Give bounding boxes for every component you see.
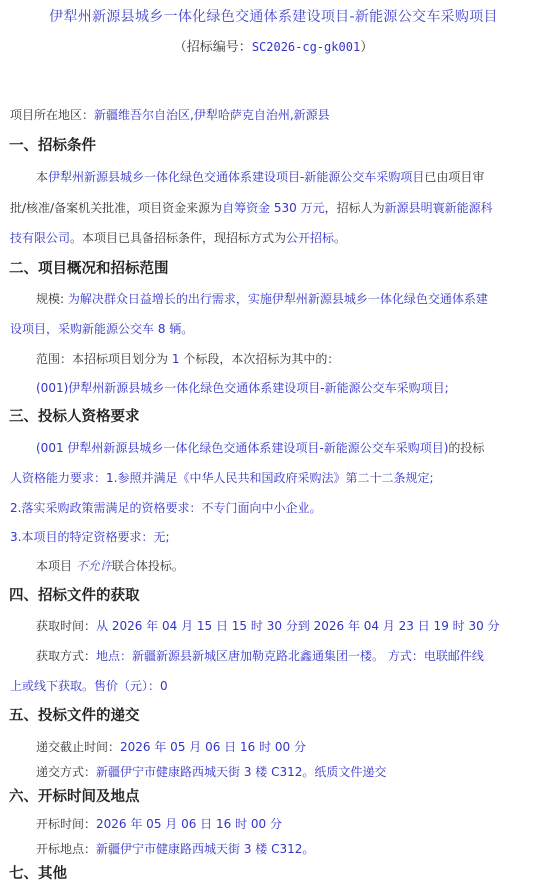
opening-time: 开标时间：2026 年 05 月 06 日 16 时 00 分 (36, 815, 282, 832)
lot-name: (001 伊犁州新源县城乡一体化绿色交通体系建设项目-新能源公交车采购项目) (36, 441, 448, 455)
value: 新疆伊宁市健康路西城天街 3 楼 C312。纸质文件递交 (96, 765, 386, 779)
text: 批/核准/备案机关批准，项目资金来源为 (10, 201, 222, 215)
label: 递交截止时间： (36, 740, 120, 754)
section-heading-bidder-qualification: 三、投标人资格要求 (9, 405, 140, 426)
text: 。 (334, 231, 346, 245)
lot-name: (001)伊犁州新源县城乡一体化绿色交通体系建设项目-新能源公交车采购项目; (36, 381, 449, 395)
section-heading-document-acquisition: 四、招标文件的获取 (9, 584, 140, 605)
document-title: 伊犁州新源县城乡一体化绿色交通体系建设项目-新能源公交车采购项目 (0, 6, 547, 26)
acquisition-time: 获取时间：从 2026 年 04 月 15 日 15 时 30 分到 2026 … (36, 617, 500, 634)
region-label: 项目所在地区： (10, 108, 94, 122)
label: 开标地点： (36, 842, 96, 856)
tender-announcement: 伊犁州新源县城乡一体化绿色交通体系建设项目-新能源公交车采购项目 （招标编号：S… (0, 0, 547, 888)
tender-number-prefix: （招标编号： (174, 40, 252, 55)
section-heading-other: 七、其他 (9, 862, 67, 883)
label: 递交方式： (36, 765, 96, 779)
paragraph-line: 本项目 不允许联合体投标。 (36, 557, 184, 574)
label: 获取时间： (36, 619, 96, 633)
section-heading-tender-conditions: 一、招标条件 (9, 134, 96, 155)
lot-count: 1 (172, 352, 180, 366)
project-region: 项目所在地区：新疆维吾尔自治区,伊犁哈萨克自治州,新源县 (10, 106, 330, 123)
value: 2026 年 05 月 06 日 16 时 00 分 (120, 740, 306, 754)
acquisition-method: 获取时间：获取方式：地点：新疆新源县新城区唐加勒克路北鑫通集团一楼。 方式：电联… (36, 647, 484, 664)
text: ，招标人为 (325, 201, 385, 215)
tender-number-code: SC2026-cg-gk001 (252, 40, 360, 54)
funding-source: 自筹资金 530 万元 (222, 201, 325, 215)
text: 本 (36, 170, 48, 184)
paragraph-line: 技有限公司。本项目已具备招标条件，现招标方式为公开招标。 (10, 229, 346, 246)
region-value: 新疆维吾尔自治区,伊犁哈萨克自治州,新源县 (94, 108, 330, 122)
paragraph-line: 规模: 为解决群众日益增长的出行需求，实施伊犁州新源县城乡一体化绿色交通体系建 (36, 290, 488, 307)
qualification-1: 人资格能力要求：1.参照并满足《中华人民共和国政府采购法》第二十二条规定; (10, 469, 434, 486)
value: 新疆伊宁市健康路西城天街 3 楼 C312。 (96, 842, 314, 856)
tenderer-name: 技有限公司 (10, 231, 70, 245)
tender-number: （招标编号：SC2026-cg-gk001） (0, 36, 547, 55)
text: 已由项目审 (424, 170, 484, 184)
tenderer-name: 新源县明寰新能源科 (385, 201, 493, 215)
paragraph-line: 范围：本招标项目划分为 1 个标段，本次招标为其中的： (36, 350, 339, 367)
tender-method: 公开招标 (286, 231, 334, 245)
scale-value: 为解决群众日益增长的出行需求，实施伊犁州新源县城乡一体化绿色交通体系建 (68, 292, 488, 306)
paragraph-line: (001)伊犁州新源县城乡一体化绿色交通体系建设项目-新能源公交车采购项目; (36, 379, 449, 396)
value: 2026 年 05 月 06 日 16 时 00 分 (96, 817, 282, 831)
scale-value: 设项目，采购新能源公交车 8 辆。 (10, 322, 193, 336)
section-heading-project-overview: 二、项目概况和招标范围 (9, 257, 169, 278)
value: 地点：新疆新源县新城区唐加勒克路北鑫通集团一楼。 方式：电联邮件线 (96, 649, 484, 663)
paragraph-line: 本伊犁州新源县城乡一体化绿色交通体系建设项目-新能源公交车采购项目已由项目审 (36, 168, 484, 185)
section-heading-bid-opening: 六、开标时间及地点 (9, 785, 140, 806)
text: 范围：本招标项目划分为 (36, 352, 168, 366)
acquisition-method-cont: 上或线下获取。售价（元）：0 (10, 677, 168, 694)
text: 联合体投标。 (112, 559, 184, 573)
text: 的投标 (448, 441, 484, 455)
scale-label: 规模: (36, 292, 64, 306)
text: 本项目 (36, 559, 72, 573)
label: 开标时间： (36, 817, 96, 831)
paragraph-line: (001 伊犁州新源县城乡一体化绿色交通体系建设项目-新能源公交车采购项目)的投… (36, 439, 484, 456)
submission-method: 递交方式：新疆伊宁市健康路西城天街 3 楼 C312。纸质文件递交 (36, 763, 386, 780)
qualification-2: 2.落实采购政策需满足的资格要求：不专门面向中小企业。 (10, 499, 321, 516)
submission-deadline: 递交截止时间：2026 年 05 月 06 日 16 时 00 分 (36, 738, 306, 755)
label: 获取方式： (36, 649, 96, 663)
tender-number-suffix: ） (360, 40, 373, 55)
paragraph-line: 设项目，采购新能源公交车 8 辆。 (10, 320, 193, 337)
consortium-status: 不允许 (76, 559, 112, 573)
opening-place: 开标地点：新疆伊宁市健康路西城天街 3 楼 C312。 (36, 840, 314, 857)
value: 从 2026 年 04 月 15 日 15 时 30 分到 2026 年 04 … (96, 619, 500, 633)
text: 。本项目已具备招标条件，现招标方式为 (70, 231, 286, 245)
section-heading-bid-submission: 五、投标文件的递交 (9, 704, 140, 725)
paragraph-line: 批/核准/备案机关批准，项目资金来源为自筹资金 530 万元，招标人为新源县明寰… (10, 199, 493, 216)
qualification-3: 3.本项目的特定资格要求：无; (10, 528, 170, 545)
text: 个标段，本次招标为其中的： (183, 352, 339, 366)
project-name: 伊犁州新源县城乡一体化绿色交通体系建设项目-新能源公交车采购项目 (48, 170, 424, 184)
